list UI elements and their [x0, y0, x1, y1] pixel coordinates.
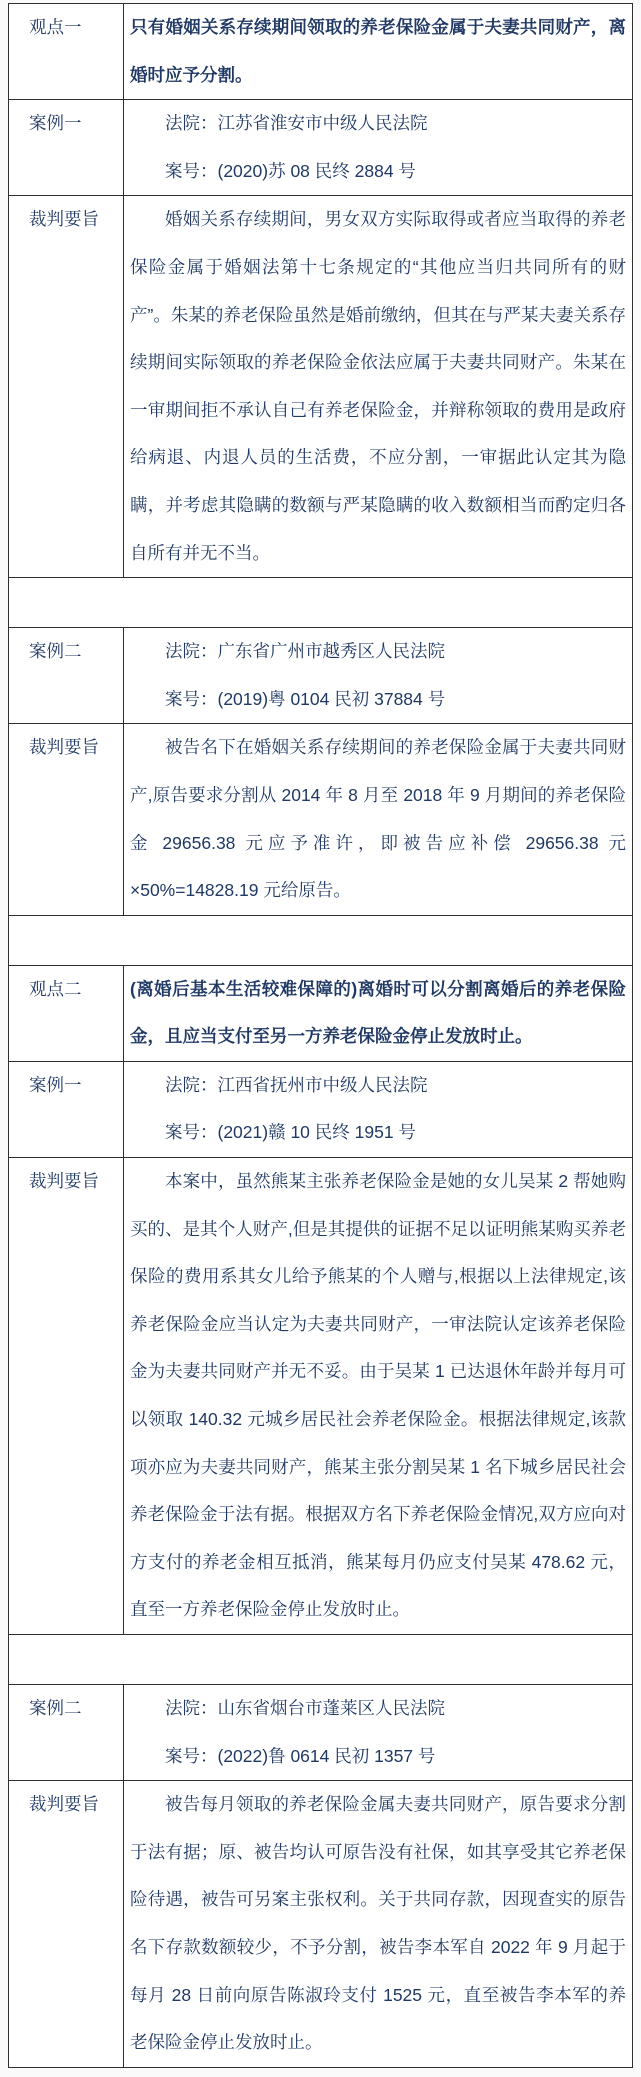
summary-text: 婚姻关系存续期间，男女双方实际取得或者应当取得的养老保险金属于婚姻法第十七条规定…: [130, 196, 626, 577]
judgment-summary: 被告每月领取的养老保险金属夫妻共同财产，原告要求分割于法有据；原、被告均认可原告…: [124, 1781, 633, 2068]
judgment-summary: 本案中，虽然熊某主张养老保险金是她的女儿吴某 2 帮她购买的、是其个人财产,但是…: [124, 1158, 633, 1635]
court-line: 法院：山东省烟台市蓬莱区人民法院: [130, 1685, 626, 1733]
spacer-cell: [9, 1635, 633, 1685]
summary-text: 被告名下在婚姻关系存续期间的养老保险金属于夫妻共同财产,原告要求分割从 2014…: [130, 724, 626, 914]
row-label: 裁判要旨: [9, 1781, 124, 2068]
court-line: 法院：广东省广州市越秀区人民法院: [130, 628, 626, 676]
case-info: 法院：山东省烟台市蓬莱区人民法院 案号：(2022)鲁 0614 民初 1357…: [124, 1685, 633, 1781]
summary-text: 本案中，虽然熊某主张养老保险金是她的女儿吴某 2 帮她购买的、是其个人财产,但是…: [130, 1158, 626, 1634]
row-label: 裁判要旨: [9, 196, 124, 578]
case-table: 观点一 只有婚姻关系存续期间领取的养老保险金属于夫妻共同财产，离婚时应予分割。 …: [8, 3, 633, 2068]
page: 观点一 只有婚姻关系存续期间领取的养老保险金属于夫妻共同财产，离婚时应予分割。 …: [0, 0, 641, 2077]
judgment-summary: 婚姻关系存续期间，男女双方实际取得或者应当取得的养老保险金属于婚姻法第十七条规定…: [124, 196, 633, 578]
table-row-case: 案例二 法院：山东省烟台市蓬莱区人民法院 案号：(2022)鲁 0614 民初 …: [9, 1685, 633, 1781]
table-row-summary: 裁判要旨 本案中，虽然熊某主张养老保险金是她的女儿吴某 2 帮她购买的、是其个人…: [9, 1158, 633, 1635]
case-number-line: 案号：(2021)赣 10 民终 1951 号: [130, 1109, 626, 1157]
table-row-viewpoint-2: 观点二 (离婚后基本生活较难保障的)离婚时可以分割离婚后的养老保险金，且应当支付…: [9, 965, 633, 1061]
court-line: 法院：江苏省淮安市中级人民法院: [130, 100, 626, 148]
row-label: 观点一: [9, 4, 124, 100]
table-row-case: 案例一 法院：江苏省淮安市中级人民法院 案号：(2020)苏 08 民终 288…: [9, 100, 633, 196]
spacer-row: [9, 915, 633, 965]
row-label: 观点二: [9, 965, 124, 1061]
row-label: 案例二: [9, 628, 124, 724]
spacer-cell: [9, 578, 633, 628]
row-label: 裁判要旨: [9, 724, 124, 915]
case-number-line: 案号：(2019)粤 0104 民初 37884 号: [130, 676, 626, 724]
case-number-line: 案号：(2022)鲁 0614 民初 1357 号: [130, 1733, 626, 1781]
table-row-case: 案例二 法院：广东省广州市越秀区人民法院 案号：(2019)粤 0104 民初 …: [9, 628, 633, 724]
row-label: 案例二: [9, 1685, 124, 1781]
row-label: 案例一: [9, 100, 124, 196]
table-row-summary: 裁判要旨 被告名下在婚姻关系存续期间的养老保险金属于夫妻共同财产,原告要求分割从…: [9, 724, 633, 915]
case-info: 法院：江西省抚州市中级人民法院 案号：(2021)赣 10 民终 1951 号: [124, 1061, 633, 1157]
table-row-summary: 裁判要旨 婚姻关系存续期间，男女双方实际取得或者应当取得的养老保险金属于婚姻法第…: [9, 196, 633, 578]
summary-text: 被告每月领取的养老保险金属夫妻共同财产，原告要求分割于法有据；原、被告均认可原告…: [130, 1781, 626, 2067]
spacer-cell: [9, 915, 633, 965]
viewpoint-text: 只有婚姻关系存续期间领取的养老保险金属于夫妻共同财产，离婚时应予分割。: [124, 4, 633, 100]
case-info: 法院：广东省广州市越秀区人民法院 案号：(2019)粤 0104 民初 3788…: [124, 628, 633, 724]
case-info: 法院：江苏省淮安市中级人民法院 案号：(2020)苏 08 民终 2884 号: [124, 100, 633, 196]
row-label: 案例一: [9, 1061, 124, 1157]
court-line: 法院：江西省抚州市中级人民法院: [130, 1062, 626, 1110]
spacer-row: [9, 1635, 633, 1685]
table-row-viewpoint-1: 观点一 只有婚姻关系存续期间领取的养老保险金属于夫妻共同财产，离婚时应予分割。: [9, 4, 633, 100]
table-row-summary: 裁判要旨 被告每月领取的养老保险金属夫妻共同财产，原告要求分割于法有据；原、被告…: [9, 1781, 633, 2068]
row-label: 裁判要旨: [9, 1158, 124, 1635]
viewpoint-text: (离婚后基本生活较难保障的)离婚时可以分割离婚后的养老保险金，且应当支付至另一方…: [124, 965, 633, 1061]
table-row-case: 案例一 法院：江西省抚州市中级人民法院 案号：(2021)赣 10 民终 195…: [9, 1061, 633, 1157]
case-number-line: 案号：(2020)苏 08 民终 2884 号: [130, 148, 626, 196]
judgment-summary: 被告名下在婚姻关系存续期间的养老保险金属于夫妻共同财产,原告要求分割从 2014…: [124, 724, 633, 915]
spacer-row: [9, 578, 633, 628]
